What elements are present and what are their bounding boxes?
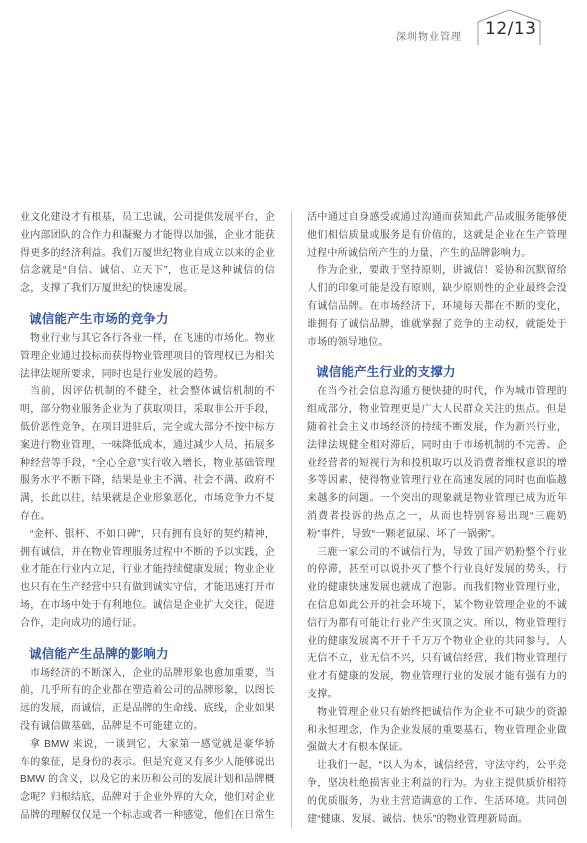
journal-name: 深圳物业管理	[396, 28, 462, 43]
magazine-page: 深圳物业管理 12/13 业文化建设才有根基，员工忠诚，公司提供发展平台，企业内…	[0, 0, 587, 843]
paragraph: 业文化建设才有根基，员工忠诚，公司提供发展平台，企业内部团队的合作力和凝聚力才能…	[20, 209, 275, 298]
paragraph: 物业行业与其它各行各业一样，在飞速的市场化。物业管理企业通过投标而获得物业管理项…	[20, 330, 275, 383]
section-heading: 诚信能产生品牌的影响力	[20, 646, 275, 663]
page-header: 深圳物业管理 12/13	[0, 6, 587, 54]
page-number-badge: 12/13	[477, 8, 541, 46]
paragraph: 拿 BMW 来说，一谈到它，大家第一感觉就是豪华轿车的象征，是身份的表示。但是究…	[20, 736, 275, 825]
page-number: 12/13	[485, 19, 537, 39]
article-body: 业文化建设才有根基，员工忠诚，公司提供发展平台，企业内部团队的合作力和凝聚力才能…	[20, 209, 567, 828]
paragraph: 物业管理企业只有始终把诚信作为企业不可缺少的资源和永恒理念，作为企业发展的重要基…	[307, 704, 567, 757]
paragraph: 三鹿一家公司的不诚信行为，导致了国产奶粉整个行业的停滞，甚至可以说扑灭了整个行业…	[307, 544, 567, 704]
paragraph: 当前，因评估机制的不健全，社会整体诚信机制的不明，部分物业服务企业为了获取项目，…	[20, 383, 275, 525]
paragraph: 市场经济的不断深入，企业的品牌形象也愈加重要，当前，几乎所有的企业都在塑造着公司…	[20, 665, 275, 736]
article-right-column: 活中通过自身感受或通过沟通而获知此产品或服务能够使他们相信质量或服务是有价值的，…	[307, 209, 567, 828]
article-left-column: 业文化建设才有根基，员工忠诚，公司提供发展平台，企业内部团队的合作力和凝聚力才能…	[20, 209, 275, 828]
paragraph: “金杯、银杯、不如口碑”，只有拥有良好的契约精神，拥有诚信，并在物业管理服务过程…	[20, 526, 275, 633]
section-heading: 诚信能产生行业的支撑力	[307, 364, 567, 381]
paragraph: 在当今社会信息沟通方便快捷的时代，作为城市管理的组成部分，物业管理更是广大人民群…	[307, 383, 567, 543]
column-divider	[291, 211, 292, 828]
paragraph: 让我们一起，“以人为本，诚信经营，守法守约，公平竞争，坚决杜绝损害业主利益的行为…	[307, 757, 567, 828]
paragraph: 作为企业，要敢于坚持原则，讲诚信！妥协和沉默留给人们的印象可能是没有原则，缺少原…	[307, 262, 567, 351]
paragraph: 活中通过自身感受或通过沟通而获知此产品或服务能够使他们相信质量或服务是有价值的，…	[307, 209, 567, 262]
section-heading: 诚信能产生市场的竞争力	[20, 311, 275, 328]
